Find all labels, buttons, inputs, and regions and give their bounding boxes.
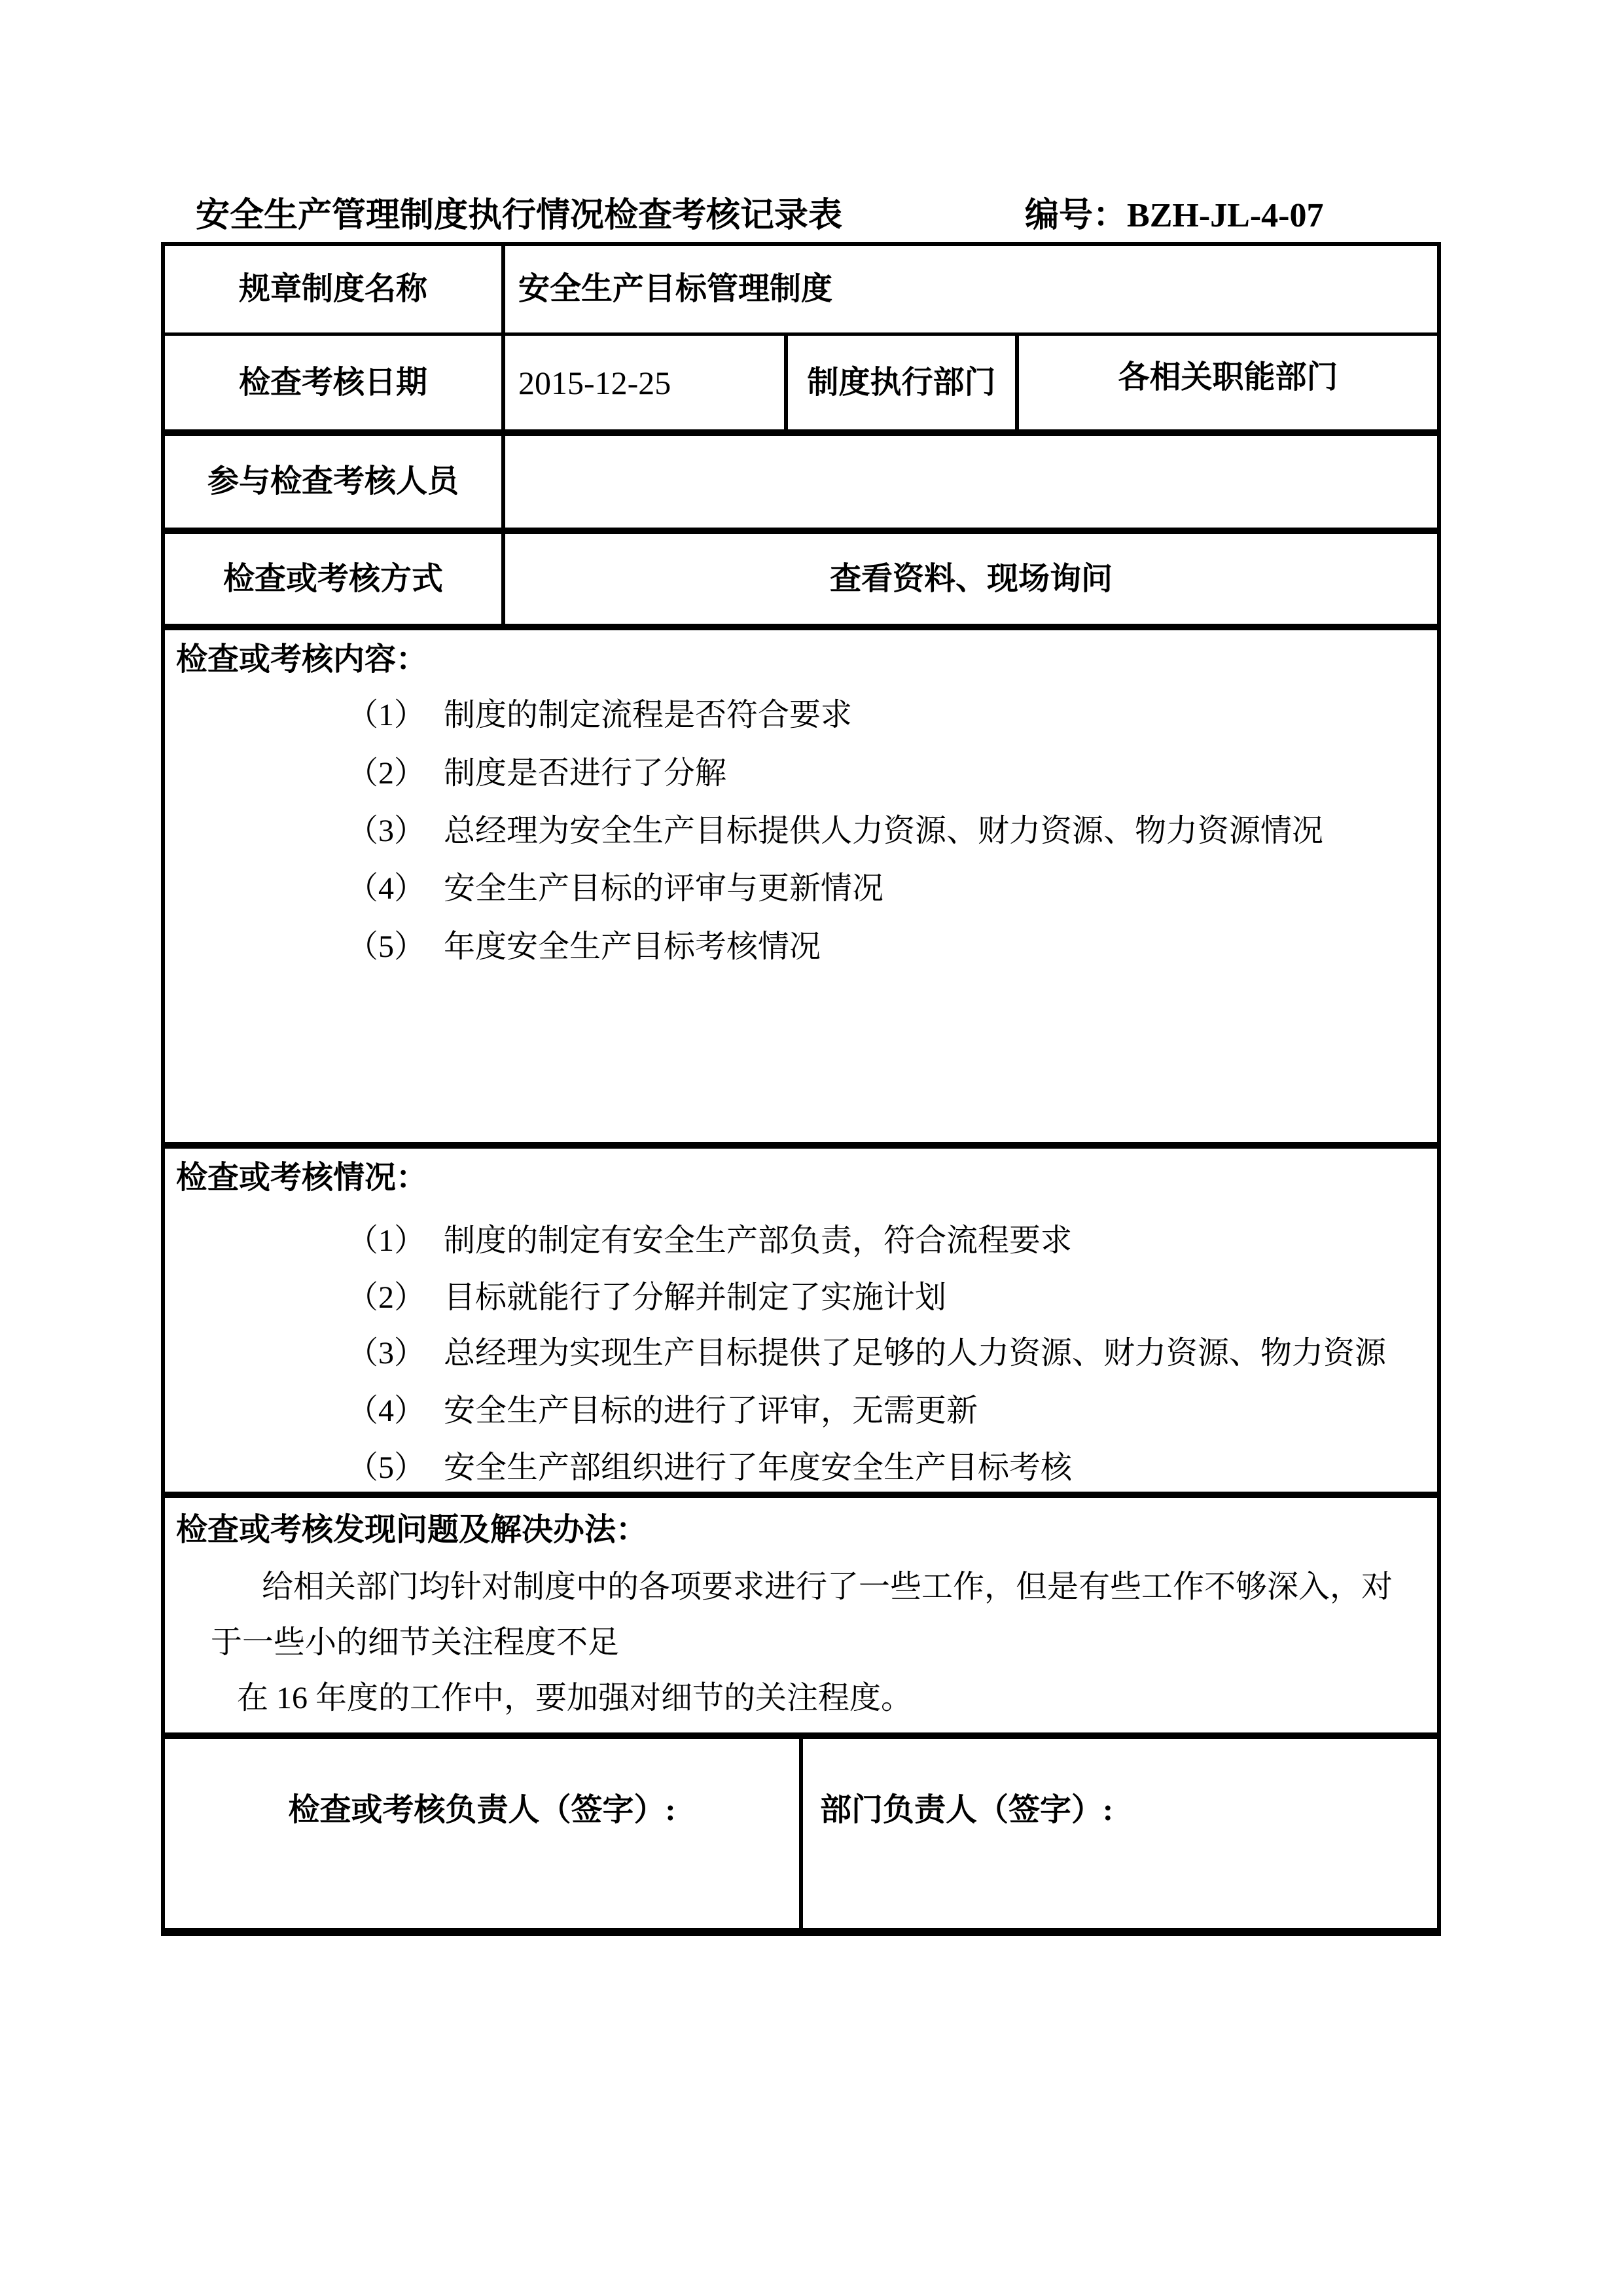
situation-item-4: （4）安全生产目标的进行了评审，无需更新 bbox=[347, 1395, 978, 1427]
check-date-value: 2015-12-25 bbox=[518, 336, 780, 429]
doc-number-line: 编号：BZH-JL-4-07 bbox=[1025, 199, 1323, 233]
item-number: （5） bbox=[347, 1450, 425, 1485]
participants-value bbox=[518, 436, 1421, 528]
row-divider-3 bbox=[161, 528, 1441, 534]
check-date-label: 检查考核日期 bbox=[165, 336, 501, 429]
situation-item-5: （5）安全生产部组织进行了年度安全生产目标考核 bbox=[347, 1452, 1072, 1484]
method-label: 检查或考核方式 bbox=[165, 534, 501, 624]
section-divider-content bbox=[161, 1142, 1441, 1149]
content-section-header: 检查或考核内容： bbox=[176, 644, 427, 675]
situation-item-2: （2）目标就能行了分解并制定了实施计划 bbox=[347, 1282, 946, 1314]
page-title: 安全生产管理制度执行情况检查考核记录表 bbox=[196, 199, 842, 233]
situation-item-1: （1）制度的制定有安全生产部负责，符合流程要求 bbox=[347, 1225, 1072, 1257]
exec-dept-value: 各相关职能部门 bbox=[1019, 331, 1437, 424]
item-number: （2） bbox=[347, 1280, 425, 1315]
item-text: 总经理为安全生产目标提供人力资源、财力资源、物力资源情况 bbox=[444, 814, 1323, 848]
document-page: 安全生产管理制度执行情况检查考核记录表 编号：BZH-JL-4-07 规章制度名… bbox=[0, 0, 1623, 2296]
item-number: （1） bbox=[347, 698, 425, 732]
item-number: （3） bbox=[347, 1336, 425, 1371]
item-number: （5） bbox=[347, 929, 425, 964]
item-text: 年度安全生产目标考核情况 bbox=[444, 929, 821, 964]
dept-signature-label: 部门负责人（签字）: bbox=[820, 1795, 1113, 1826]
content-item-1: （1）制度的制定流程是否符合要求 bbox=[347, 700, 852, 731]
situation-section-header: 检查或考核情况： bbox=[176, 1162, 427, 1194]
item-text: 安全生产目标的评审与更新情况 bbox=[444, 871, 883, 906]
content-item-2: （2）制度是否进行了分解 bbox=[347, 758, 726, 789]
item-text: 安全生产目标的进行了评审，无需更新 bbox=[444, 1393, 978, 1428]
problems-line-1: 给相关部门均针对制度中的各项要求进行了一些工作，但是有些工作不够深入，对 bbox=[262, 1571, 1393, 1603]
participants-label: 参与检查考核人员 bbox=[165, 436, 501, 528]
item-text: 总经理为实现生产目标提供了足够的人力资源、财力资源、物力资源 bbox=[444, 1336, 1386, 1371]
content-item-5: （5）年度安全生产目标考核情况 bbox=[347, 931, 821, 963]
problems-line-2: 于一些小的细节关注程度不足 bbox=[211, 1627, 619, 1659]
item-text: 制度的制定有安全生产部负责，符合流程要求 bbox=[444, 1223, 1072, 1258]
item-text: 目标就能行了分解并制定了实施计划 bbox=[444, 1280, 946, 1315]
content-item-4: （4）安全生产目标的评审与更新情况 bbox=[347, 873, 883, 905]
rule-name-value: 安全生产目标管理制度 bbox=[518, 245, 1421, 332]
row-divider-4 bbox=[161, 624, 1441, 630]
section-divider-situation bbox=[161, 1492, 1441, 1498]
signature-column-divider bbox=[799, 1732, 803, 1936]
row-divider-2 bbox=[161, 429, 1441, 436]
item-number: （1） bbox=[347, 1223, 425, 1258]
doc-number-label: 编号： bbox=[1025, 197, 1127, 234]
problems-section-header: 检查或考核发现问题及解决办法： bbox=[176, 1515, 647, 1546]
item-text: 安全生产部组织进行了年度安全生产目标考核 bbox=[444, 1450, 1072, 1485]
rule-name-label: 规章制度名称 bbox=[165, 245, 501, 332]
content-item-3: （3）总经理为安全生产目标提供人力资源、财力资源、物力资源情况 bbox=[347, 816, 1323, 847]
item-number: （4） bbox=[347, 1393, 425, 1428]
item-number: （2） bbox=[347, 756, 425, 791]
method-value: 查看资料、现场询问 bbox=[505, 534, 1437, 624]
item-text: 制度的制定流程是否符合要求 bbox=[444, 698, 852, 732]
item-number: （4） bbox=[347, 871, 425, 906]
item-text: 制度是否进行了分解 bbox=[444, 756, 726, 791]
situation-item-3: （3）总经理为实现生产目标提供了足够的人力资源、财力资源、物力资源 bbox=[347, 1338, 1386, 1369]
exec-dept-label: 制度执行部门 bbox=[788, 336, 1015, 429]
doc-number-value: BZH-JL-4-07 bbox=[1127, 197, 1323, 234]
table-border-right bbox=[1437, 242, 1441, 1936]
problems-line-3: 在 16 年度的工作中，要加强对细节的关注程度。 bbox=[237, 1683, 912, 1714]
inspector-signature-label: 检查或考核负责人（签字）: bbox=[165, 1795, 799, 1826]
item-number: （3） bbox=[347, 814, 425, 848]
